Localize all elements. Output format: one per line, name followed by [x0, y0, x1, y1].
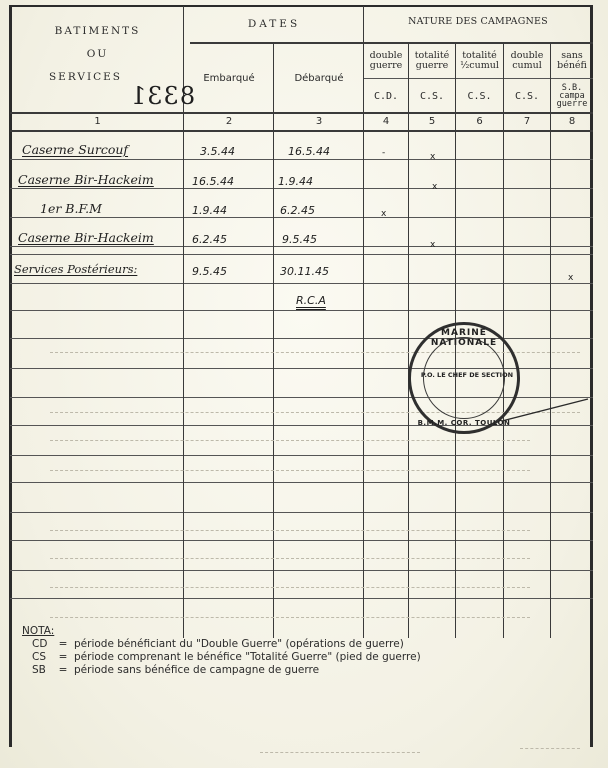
row-line — [10, 598, 593, 599]
nota-text: période sans bénéfice de campagne de gue… — [74, 664, 319, 676]
date-debarque: 1.9.44 — [278, 175, 313, 188]
col-number-1: 1 — [12, 113, 183, 130]
bleed-through-line — [50, 470, 530, 471]
row-line — [10, 159, 593, 160]
col-number-8: 8 — [551, 113, 593, 130]
nota-text: période comprenant le bénéfice "Totalité… — [74, 651, 421, 663]
header-totalite-demi-cumul: totalité ½cumul — [456, 44, 503, 78]
header-sans-benefice: sans bénéfi — [551, 44, 593, 78]
date-debarque: 6.2.45 — [280, 204, 315, 217]
nota-eq: = — [52, 638, 74, 650]
row-line — [10, 482, 593, 483]
header-double-guerre: double guerre — [364, 44, 408, 78]
bleed-through-line — [50, 617, 530, 618]
header-debarque: Débarqué — [275, 44, 363, 112]
col-divider-7 — [550, 42, 551, 638]
stamp-top-text: MARINE NATIONALE — [411, 328, 517, 348]
document-page: BATIMENTS OU SERVICES 8331 DATES Embarqu… — [0, 0, 608, 768]
code-cs-double-cumul: C.S. — [504, 80, 550, 112]
row-line — [10, 217, 593, 218]
row-line — [10, 188, 593, 189]
code-cd: C.D. — [364, 80, 408, 112]
header-line: guerre — [416, 61, 449, 71]
row-line — [10, 570, 593, 571]
header-totalite-guerre: totalité guerre — [409, 44, 455, 78]
nota-code: CD — [32, 638, 52, 650]
nota-title: NOTA: — [22, 625, 421, 637]
service-name: Caserne Bir-Hackeim — [18, 172, 154, 187]
row-line — [10, 254, 593, 255]
header-line: ½cumul — [460, 61, 499, 71]
row-line — [10, 310, 593, 311]
nota-code: SB — [32, 664, 52, 676]
date-embarque: 6.2.45 — [192, 233, 227, 246]
bleed-through-line — [50, 440, 530, 441]
row-line — [10, 455, 593, 456]
header-divider-codes — [363, 78, 593, 79]
stamp-middle-text: P.O. LE CHEF DE SECTION — [415, 371, 519, 379]
nota-eq: = — [52, 651, 74, 663]
header-batiments: BATIMENTS — [12, 24, 183, 40]
header-bottom — [10, 130, 593, 132]
mark-cs-totalite: x — [430, 240, 435, 250]
header-dates: DATES — [185, 8, 363, 42]
header-line: cumul — [512, 61, 542, 71]
nota-code: CS — [32, 651, 52, 663]
nota-eq: = — [52, 664, 74, 676]
bleed-through-line — [260, 752, 420, 753]
nota-section: NOTA: CD = période bénéficiant du "Doubl… — [22, 625, 421, 676]
col-number-6: 6 — [456, 113, 503, 130]
date-debarque: 9.5.45 — [282, 233, 317, 246]
col-number-7: 7 — [504, 113, 550, 130]
col-divider-2 — [273, 42, 274, 638]
service-name: Caserne Surcouf — [22, 142, 128, 157]
service-name: 1er B.F.M — [40, 201, 102, 216]
code-sb: S.B. campa guerre — [551, 80, 593, 112]
code-cs-totalite: C.S. — [409, 80, 455, 112]
date-embarque: 16.5.44 — [192, 175, 234, 188]
mark-sb: x — [568, 273, 573, 283]
nota-item: CD = période bénéficiant du "Double Guer… — [22, 638, 421, 650]
header-line: guerre — [370, 61, 403, 71]
date-embarque: 1.9.44 — [192, 204, 227, 217]
mark-cs-totalite: x — [430, 152, 435, 162]
header-ou: OU — [12, 47, 183, 63]
service-name: Services Postérieurs: — [14, 262, 137, 276]
col-divider-4 — [408, 42, 409, 638]
header-line: bénéfi — [557, 61, 587, 71]
date-embarque: 3.5.44 — [200, 145, 235, 158]
nota-item: SB = période sans bénéfice de campagne d… — [22, 664, 421, 676]
mark-cd: x — [381, 209, 386, 219]
rca-note: R.C.A — [296, 294, 326, 307]
row-line — [10, 540, 593, 541]
mark-cs-totalite: x — [432, 182, 437, 192]
date-debarque: 30.11.45 — [280, 265, 329, 278]
col-number-4: 4 — [364, 113, 408, 130]
date-debarque: 16.5.44 — [288, 145, 330, 158]
col-number-2: 2 — [185, 113, 273, 130]
bleed-through-line — [520, 748, 580, 749]
header-double-cumul: double cumul — [504, 44, 550, 78]
nota-text: période bénéficiant du "Double Guerre" (… — [74, 638, 404, 650]
row-line — [10, 283, 593, 284]
bleed-through-line — [50, 558, 530, 559]
code-cs-demi-cumul: C.S. — [456, 80, 503, 112]
bleed-through-line — [50, 587, 530, 588]
row-line — [10, 512, 593, 513]
header-embarque: Embarqué — [185, 44, 273, 112]
row-line — [10, 246, 593, 247]
col-number-3: 3 — [275, 113, 363, 130]
bleed-through-line — [50, 530, 530, 531]
nota-item: CS = période comprenant le bénéfice "Tot… — [22, 651, 421, 663]
code-line: guerre — [557, 100, 588, 108]
col-number-5: 5 — [409, 113, 455, 130]
service-name: Caserne Bir-Hackeim — [18, 230, 154, 245]
date-embarque: 9.5.45 — [192, 265, 227, 278]
mark-cd: - — [382, 148, 385, 158]
signature-stroke — [500, 395, 590, 425]
header-nature-des-campagnes: NATURE DES CAMPAGNES — [365, 8, 591, 36]
